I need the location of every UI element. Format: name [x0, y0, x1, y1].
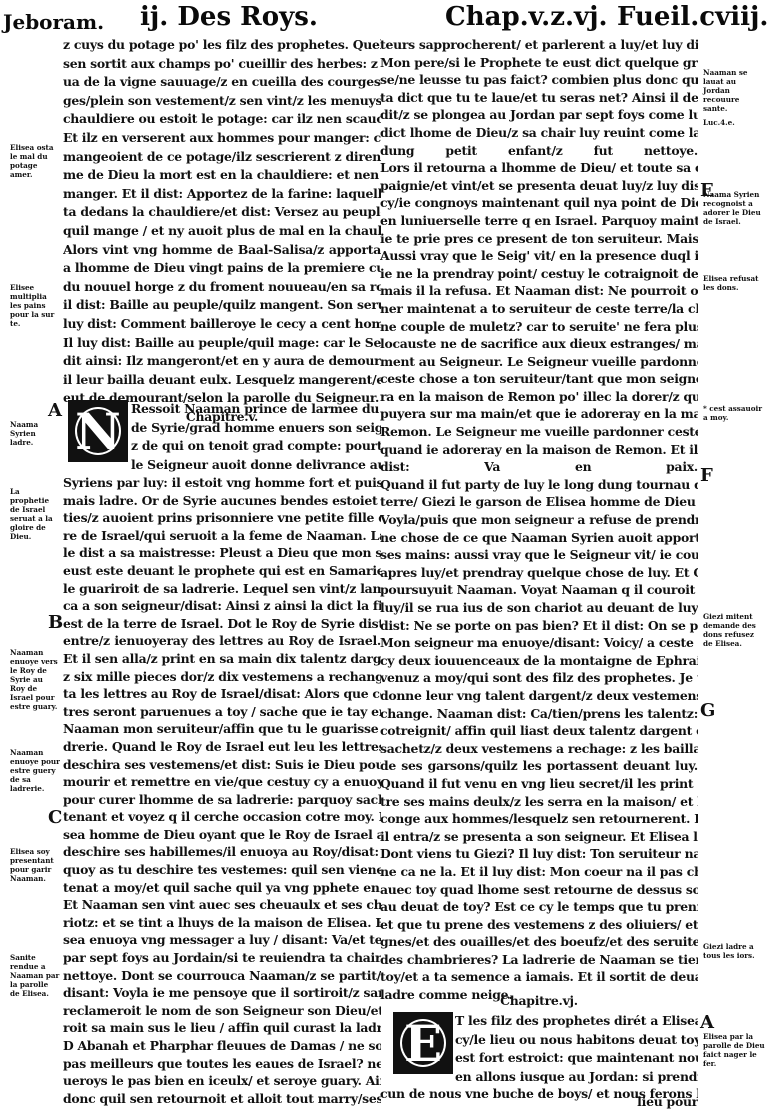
margin-note: Luc.4.e. — [703, 118, 765, 127]
text-line: tres seront paruenues a toy / sache que … — [63, 703, 381, 721]
text-line: quoy as tu deschire tes vestemes: quil s… — [63, 861, 381, 879]
text-line: z six mille pieces dor/z dix vestemens a… — [63, 668, 381, 686]
text-line: quand ie adoreray en la maison de Remon.… — [380, 441, 698, 459]
text-line: par sept foys au Jordain/si te reuiendra… — [63, 949, 381, 967]
text-line: dist: Va en paix. — [380, 458, 698, 476]
text-line: re de Israel/qui seruoit a la feme de Na… — [63, 527, 381, 545]
catchword-block: lieu pour — [380, 1093, 698, 1111]
text-line: paignie/et vint/et se presenta deuat luy… — [380, 177, 698, 195]
text-line: auec toy quad lhome sest retourne de des… — [380, 881, 698, 899]
text-line: Mon pere/si le Prophete te eust dict que… — [380, 54, 698, 72]
text-line: Alors vint vng homme de Baal-Salisa/z ap… — [63, 241, 381, 260]
text-line: deschire ses habillemes/il enuoya au Roy… — [63, 843, 381, 861]
section-letter: A — [48, 400, 62, 421]
text-line: dist: Ne se porte on pas bien? Et il dis… — [380, 617, 698, 635]
text-line: T les filz des prophetes dirét a Elisea:… — [455, 1012, 698, 1031]
text-line: sen sortit aux champs po' cueillir des h… — [63, 55, 381, 74]
text-line: ie te prie pres ce present de ton seruit… — [380, 230, 698, 248]
text-line: conge aux hommes/lesquelz sen retournere… — [380, 810, 698, 828]
text-line: Naaman mon seruiteur/affin que tu le gua… — [63, 720, 381, 738]
text-line: Dont viens tu Giezi? Il luy dist: Ton se… — [380, 845, 698, 863]
text-line: sachetz/z deux vestemens a rechage: z le… — [380, 740, 698, 758]
text-line: quil mange / et ny auoit plus de mal en … — [63, 222, 381, 241]
section-letter: A — [700, 1012, 714, 1033]
section-letter: G — [700, 700, 715, 721]
text-line: puyera sur ma main/et que ie adoreray en… — [380, 405, 698, 423]
text-line: ne ca ne la. Et il luy dist: Mon coeur n… — [380, 863, 698, 881]
text-line: il leur bailla deuant eulx. Lesquelz man… — [63, 371, 381, 390]
text-line: ta dict que tu te laue/et tu seras net? … — [380, 89, 698, 107]
text-line: cy deux iouuenceaux de la montaigne de E… — [380, 652, 698, 670]
text-line: ta les lettres au Roy de Israel/disat: A… — [63, 685, 381, 703]
running-head-chapter: Chap.v.z.vj. — [445, 2, 608, 32]
text-line: mais ladre. Or de Syrie aucunes bendes e… — [63, 492, 381, 510]
text-line: se/ne leusse tu pas faict? combien plus … — [380, 71, 698, 89]
text-line: en allons iusque au Jordan: si prendra c… — [455, 1068, 698, 1087]
text-line: nettoye. Dont se courrouca Naaman/z se p… — [63, 967, 381, 985]
text-line: Mon seigneur ma enuoye/disant: Voicy/ a … — [380, 634, 698, 652]
text-line: ges/plein son vestement/z sen vint/z les… — [63, 92, 381, 111]
text-line: dit/z se plongea au Jordan par sept foys… — [380, 106, 698, 124]
text-line: est de la terre de Israel. Dot le Roy de… — [63, 615, 381, 633]
text-line: poursuyuit Naaman. Voyat Naaman q il cou… — [380, 581, 698, 599]
text-line: ceste chose a ton seruiteur/tant que mon… — [380, 370, 698, 388]
text-line: Quand il fut venu en vng lieu secret/il … — [380, 775, 698, 793]
text-line: il dist: Baille au peuple/quilz mangent.… — [63, 296, 381, 315]
margin-note: Elisea refusat les dons. — [703, 274, 765, 292]
text-line: ment au Seigneur. Le Seigneur vueille pa… — [380, 353, 698, 371]
text-line: reclameroit le nom de son Seigneur son D… — [63, 1002, 381, 1020]
left-initial-lines: Ressoit Naaman prince de larmee du Royde… — [131, 400, 381, 474]
text-line: ta dedans la chauldiere/et dist: Versez … — [63, 203, 381, 222]
text-line: pas meilleurs que toutes les eaues de Is… — [63, 1055, 381, 1073]
text-line: au deuat de toy? Est ce cy le temps que … — [380, 898, 698, 916]
text-line: mourir et remettre en vie/que cestuy cy … — [63, 773, 381, 791]
text-line: il entra/z se presenta a son seigneur. E… — [380, 828, 698, 846]
text-line: ra en la maison de Remon po' illec la do… — [380, 388, 698, 406]
text-line: en luniuerselle terre q en Israel. Parqu… — [380, 212, 698, 230]
left-text-column: z cuys du potage po' les filz des prophe… — [63, 36, 381, 408]
initial-letter: E — [395, 1014, 451, 1072]
running-head-margin: Jeboram. — [3, 10, 104, 34]
running-head-book-title: ij. Des Roys. — [140, 2, 318, 32]
margin-note: Naaman enuoye vers le Roy de Syrie au Ro… — [10, 648, 60, 711]
text-line: me de Dieu la mort est en la chauldiere:… — [63, 166, 381, 185]
text-line: dung petit enfant/z fut nettoye. — [380, 142, 698, 160]
text-line: ties/z auoient prins prisonniere vne pet… — [63, 509, 381, 527]
text-line: roit sa main sus le lieu / affin quil cu… — [63, 1019, 381, 1037]
folio-number: Fueil.cviij. — [617, 2, 768, 32]
text-line: et que tu prene des vestemens z des oliu… — [380, 916, 698, 934]
text-line: tenant et voyez q il cerche occasion cot… — [63, 808, 381, 826]
text-line: de Syrie/grad homme enuers son seigneur/ — [131, 419, 381, 438]
right-initial-lines: T les filz des prophetes dirét a Elisea:… — [455, 1012, 698, 1086]
text-line: pour curer lhomme de sa ladrerie: parquo… — [63, 791, 381, 809]
text-line: deschira ses vestemens/et dist: Suis ie … — [63, 756, 381, 774]
margin-note: Elisea soy presentant pour garir Naaman. — [10, 847, 60, 883]
text-line: D Abanah et Pharphar fleuues de Damas / … — [63, 1037, 381, 1055]
text-line: Aussi vray que le Seig' vit/ en la prese… — [380, 247, 698, 265]
text-line: mangeoient de ce potage/ilz sescrierent … — [63, 148, 381, 167]
margin-note: La prophetie de Israel seruat a la gloir… — [10, 487, 60, 541]
text-line: tenat a moy/et quil sache quil ya vng pp… — [63, 879, 381, 897]
text-line: sea homme de Dieu oyant que le Roy de Is… — [63, 826, 381, 844]
margin-note: * cest assauoir a moy. — [703, 404, 765, 422]
text-line: Voyla/puis que mon seigneur a refuse de … — [380, 511, 698, 529]
text-line: chauldiere ou estoit le potage: car ilz … — [63, 110, 381, 129]
text-line: Et ilz en verserent aux hommes pour mang… — [63, 129, 381, 148]
right-text-column: teurs sapprocherent/ et parlerent a luy/… — [380, 36, 698, 1004]
text-line: Il luy dist: Baille au peuple/quil mage:… — [63, 334, 381, 353]
text-line: locauste ne de sacrifice aux dieux estra… — [380, 335, 698, 353]
text-line: luy dist: Comment bailleroye le cecy a c… — [63, 315, 381, 334]
text-line: ses mains: aussi vray que le Seigneur vi… — [380, 546, 698, 564]
text-line: Quand il fut party de luy le long dung t… — [380, 476, 698, 494]
text-line: z de qui on tenoit grad compte: pourtat … — [131, 437, 381, 456]
text-line: teurs sapprocherent/ et parlerent a luy/… — [380, 36, 698, 54]
text-line: des chambrieres? La ladrerie de Naaman s… — [380, 951, 698, 969]
text-line: luy/il se rua ius de son chariot au deua… — [380, 599, 698, 617]
text-line: apres luy/et prendray quelque chose de l… — [380, 564, 698, 582]
section-letter: C — [48, 807, 62, 828]
text-line: tre ses mains deulx/z les serra en la ma… — [380, 793, 698, 811]
margin-note: Giezi ladre a tous les iors. — [703, 942, 765, 960]
margin-note: Giezi mitent demande des dons refusez de… — [703, 612, 765, 648]
text-line: z cuys du potage po' les filz des prophe… — [63, 36, 381, 55]
text-line: change. Naaman dist: Ca/tien/prens les t… — [380, 705, 698, 723]
text-line: manger. Et il dist: Apportez de la farin… — [63, 185, 381, 204]
text-line: ca a son seigneur/disat: Ainsi z ainsi l… — [63, 597, 381, 615]
text-line: Syriens par luy: il estoit vng homme for… — [63, 474, 381, 492]
text-line: le guariroit de sa ladrerie. Lequel sen … — [63, 580, 381, 598]
text-line: ueroys le pas bien en iceulx/ et seroye … — [63, 1072, 381, 1090]
text-line: Remon. Le Seigneur me vueille pardonner … — [380, 423, 698, 441]
text-line: toy/et a ta semence a iamais. Et il sort… — [380, 968, 698, 986]
text-line: entre/z ienuoyeray des lettres au Roy de… — [63, 632, 381, 650]
text-line: donc quil sen retournoit et alloit tout … — [63, 1090, 381, 1108]
text-line: Et Naaman sen vint auec ses cheuaulx et … — [63, 896, 381, 914]
text-line: ua de la vigne sauuage/z en cueilla des … — [63, 73, 381, 92]
text-line: le Seigneur auoit donne delivrance aux — [131, 456, 381, 475]
text-line: ne chose de ce que Naaman Syrien auoit a… — [380, 529, 698, 547]
margin-note: Elisea par la parolle de Dieu faict nage… — [703, 1032, 765, 1068]
text-line: est fort estroict: que maintenant nous n… — [455, 1049, 698, 1068]
woodcut-initial-n: N — [68, 400, 128, 462]
section-letter: F — [700, 465, 713, 486]
text-line: gnes/et des ouailles/et des boeufz/et de… — [380, 933, 698, 951]
text-line: riotz: et se tint a lhuys de la maison d… — [63, 914, 381, 932]
text-line: drerie. Quand le Roy de Israel eut leu l… — [63, 738, 381, 756]
text-line: disant: Voyla ie me pensoye que il sorti… — [63, 984, 381, 1002]
text-line: terre/ Giezi le garson de Elisea homme d… — [380, 493, 698, 511]
woodcut-initial-e: E — [393, 1012, 453, 1074]
margin-note: Elisee multiplia les pains pour la sur t… — [10, 283, 60, 328]
text-line: donne leur vng talent dargent/z deux ves… — [380, 687, 698, 705]
text-line: dit ainsi: Ilz mangeront/et en y aura de… — [63, 352, 381, 371]
text-line: mais il la refusa. Et Naaman dist: Ne po… — [380, 282, 698, 300]
text-line: Lors il retourna a lhomme de Dieu/ et to… — [380, 159, 698, 177]
text-line: sea enuoya vng messager a luy / disant: … — [63, 931, 381, 949]
text-line: du nouuel horge z du froment nouueau/en … — [63, 278, 381, 297]
left-text-column-continued: Syriens par luy: il estoit vng homme for… — [63, 474, 381, 1107]
text-line: ne couple de muletz? car to seruite' ne … — [380, 318, 698, 336]
text-line: ner maintenat a to seruiteur de ceste te… — [380, 300, 698, 318]
text-line: Et il sen alla/z print en sa main dix ta… — [63, 650, 381, 668]
text-line: cy/ie congnoys maintenant quil nya point… — [380, 194, 698, 212]
margin-note: Naama Syrien ladre. — [10, 420, 60, 447]
text-line: ie ne la prendray point/ cestuy le cotra… — [380, 265, 698, 283]
text-line: de ses garsons/quilz les portassent deua… — [380, 757, 698, 775]
margin-note: Sanite rendue a Naaman par la parolle de… — [10, 953, 60, 998]
initial-letter: N — [70, 402, 126, 460]
margin-note: Elisea osta le mal du potage amer. — [10, 143, 60, 179]
text-line: cotreignit/ affin quil liast deux talent… — [380, 722, 698, 740]
text-line: a lhomme de Dieu vingt pains de la premi… — [63, 259, 381, 278]
margin-note: Naama Syrien recognoist a adorer le Dieu… — [703, 190, 765, 226]
text-line: dict lhome de Dieu/z sa chair luy reuint… — [380, 124, 698, 142]
chapter-heading: Chapitre.vj. — [380, 992, 698, 1011]
right-chapter-heading: Chapitre.vj. — [380, 992, 698, 1011]
text-line: cy/le lieu ou nous habitons deuat toy no… — [455, 1031, 698, 1050]
margin-note: Naaman enuoye pour estre guery de sa lad… — [10, 748, 60, 793]
text-line: venuz a moy/qui sont des filz des prophe… — [380, 669, 698, 687]
text-line: le dist a sa maistresse: Pleust a Dieu q… — [63, 544, 381, 562]
text-line: eust este deuant le prophete qui est en … — [63, 562, 381, 580]
text-line: Ressoit Naaman prince de larmee du Roy — [131, 400, 381, 419]
catchword: lieu pour — [380, 1093, 698, 1111]
section-letter: B — [48, 612, 63, 633]
margin-note: Naaman se lauat au Jordan recouure sante… — [703, 68, 765, 113]
